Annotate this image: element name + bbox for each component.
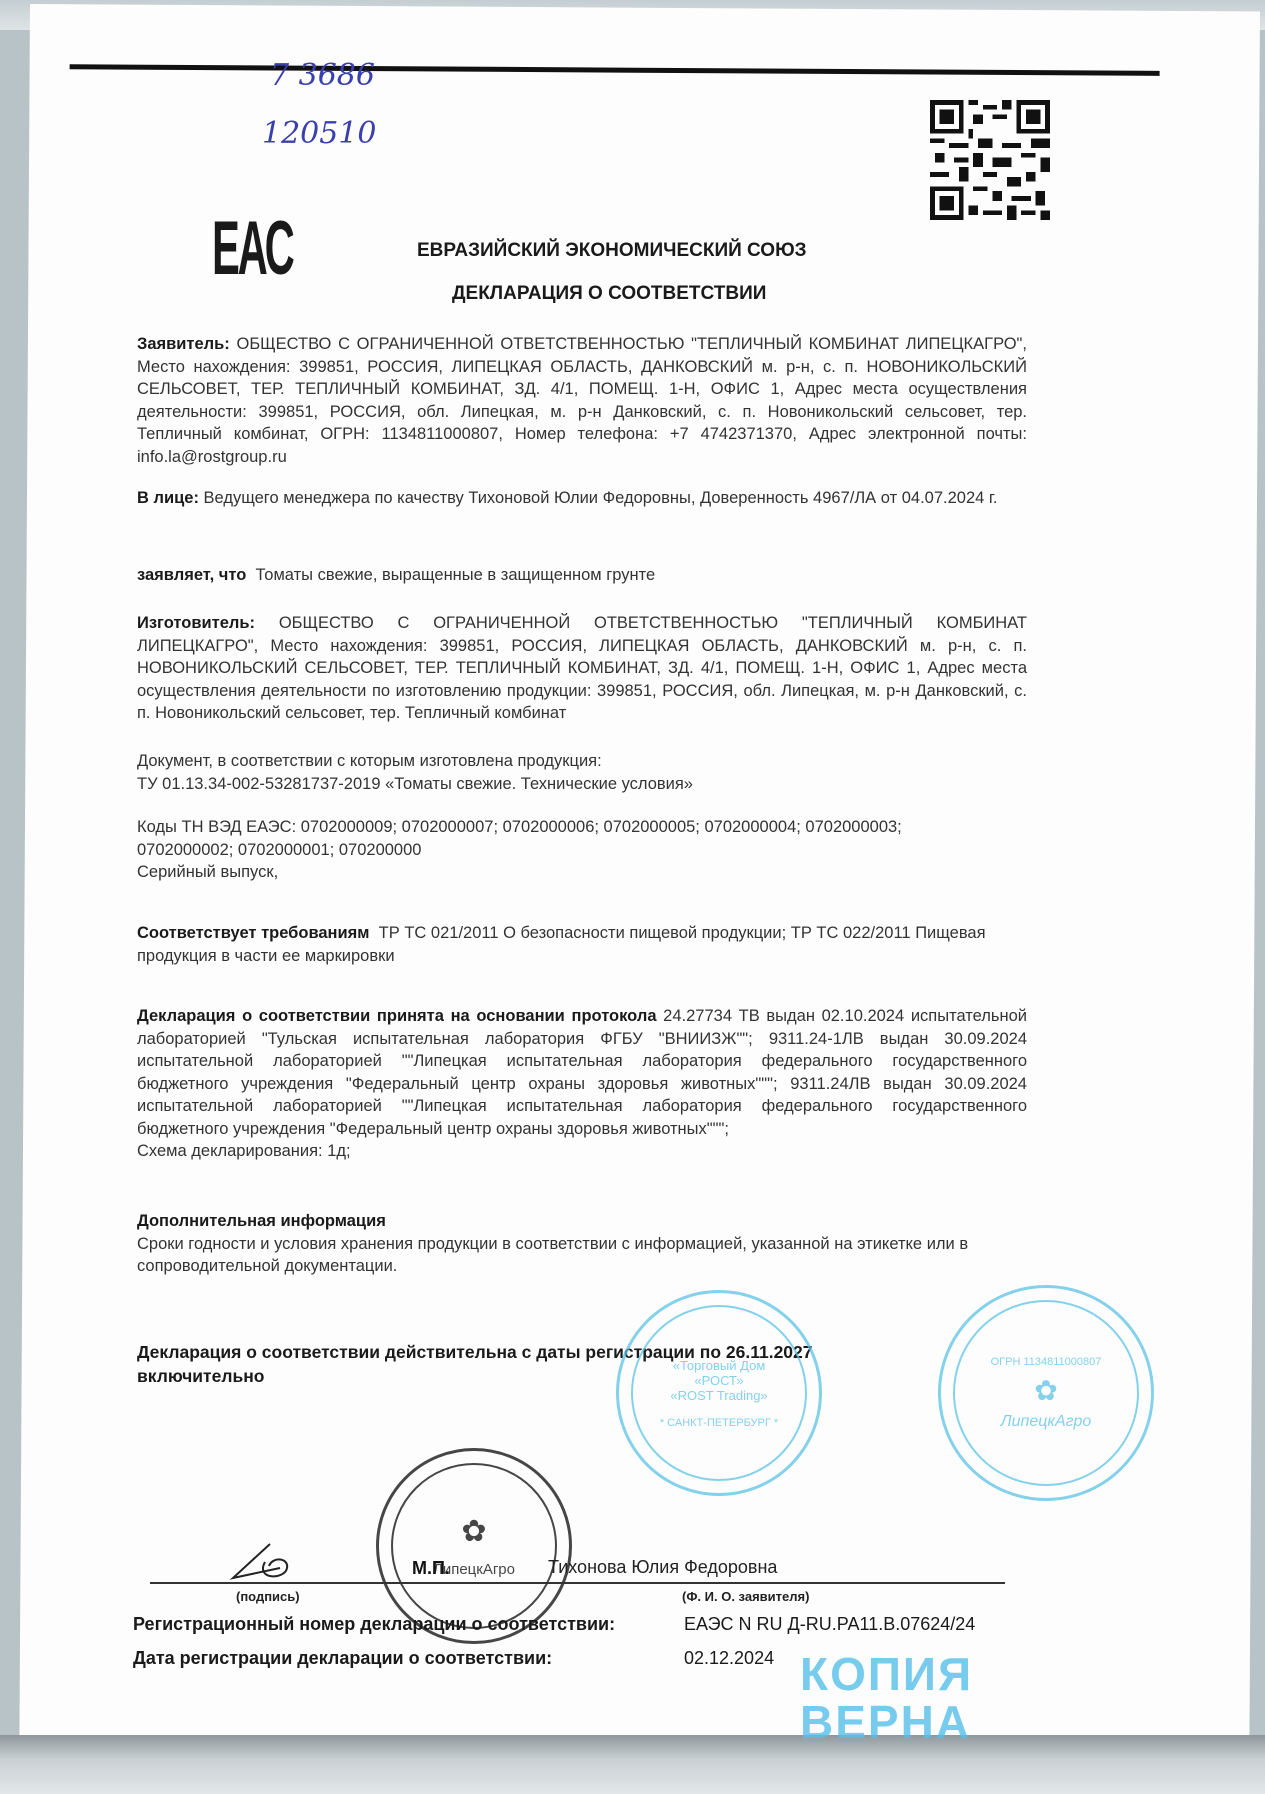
validity-section: Декларация о соответствии действительна …	[137, 1340, 1027, 1388]
applicant-label: Заявитель:	[137, 335, 230, 353]
codes-line2: 0702000002; 0702000001; 070200000	[137, 839, 1027, 862]
lipetskagro-blue-stamp: ОГРН 1134811000807 ✿ ЛипецкАгро	[938, 1285, 1154, 1501]
declaration-title: ДЕКЛАРАЦИЯ О СООТВЕТСТВИИ	[452, 283, 766, 305]
eac-logo: ЕАС	[212, 205, 293, 292]
true-copy-line2: ВЕРНА	[800, 1698, 973, 1746]
codes-line1: Коды ТН ВЭД ЕАЭС: 0702000009; 0702000007…	[137, 816, 1027, 839]
registration-date-label: Дата регистрации декларации о соответств…	[133, 1648, 552, 1669]
production-document-line2: ТУ 01.13.34-002-53281737-2019 «Томаты св…	[137, 773, 1027, 796]
applicant-name: Тихонова Юлия Федоровна	[548, 1557, 777, 1578]
name-caption: (Ф. И. О. заявителя)	[682, 1589, 809, 1604]
declares-section: заявляет, что Томаты свежие, выращенные …	[137, 564, 1027, 587]
codes-section: Коды ТН ВЭД ЕАЭС: 0702000009; 0702000007…	[137, 816, 1027, 884]
signature-line	[150, 1582, 515, 1584]
manufacturer-text: ОБЩЕСТВО С ОГРАНИЧЕННОЙ ОТВЕТСТВЕННОСТЬЮ…	[137, 614, 1027, 722]
qr-code-icon	[930, 100, 1050, 220]
product-name: Томаты свежие, выращенные в защищенном г…	[255, 566, 655, 584]
name-line	[515, 1582, 1005, 1584]
union-title: ЕВРАЗИЙСКИЙ ЭКОНОМИЧЕСКИЙ СОЮЗ	[417, 240, 807, 262]
compliance-label: Соответствует требованиям	[137, 924, 370, 942]
represented-by-label: В лице:	[137, 489, 199, 507]
basis-section: Декларация о соответствии принята на осн…	[137, 1005, 1027, 1163]
top-rule	[70, 64, 1160, 76]
declares-label: заявляет, что	[137, 566, 246, 584]
validity-line1: Декларация о соответствии действительна …	[137, 1340, 1027, 1364]
true-copy-stamp: КОПИЯ ВЕРНА	[800, 1650, 973, 1746]
manufacturer-label: Изготовитель:	[137, 614, 255, 632]
compliance-section: Соответствует требованиям ТР ТС 021/2011…	[137, 922, 1027, 967]
applicant-text: ОБЩЕСТВО С ОГРАНИЧЕННОЙ ОТВЕТСТВЕННОСТЬЮ…	[137, 335, 1027, 466]
scan-shadow	[0, 1735, 1265, 1794]
additional-info-section: Дополнительная информация Сроки годности…	[137, 1210, 1027, 1278]
additional-info-label: Дополнительная информация	[137, 1210, 1027, 1233]
represented-by-section: В лице: Ведущего менеджера по качеству Т…	[137, 487, 1027, 510]
seal-place-label: М.П.	[412, 1558, 450, 1579]
handwritten-number-2: 120510	[262, 116, 377, 151]
registration-number-value: ЕАЭС N RU Д-RU.РА11.В.07624/24	[684, 1614, 975, 1635]
registration-date-value: 02.12.2024	[684, 1648, 774, 1669]
basis-label: Декларация о соответствии принята на осн…	[137, 1007, 657, 1025]
declaration-scheme: Схема декларирования: 1д;	[137, 1140, 1027, 1163]
serial-release: Серийный выпуск,	[137, 861, 1027, 884]
basis-text: 24.27734 ТВ выдан 02.10.2024 испытательн…	[137, 1007, 1027, 1138]
applicant-section: Заявитель: ОБЩЕСТВО С ОГРАНИЧЕННОЙ ОТВЕТ…	[137, 333, 1027, 468]
represented-by-text: Ведущего менеджера по качеству Тихоновой…	[204, 489, 998, 507]
production-document-line1: Документ, в соответствии с которым изгот…	[137, 750, 1027, 773]
true-copy-line1: КОПИЯ	[800, 1650, 973, 1698]
registration-number-label: Регистрационный номер декларации о соотв…	[133, 1614, 615, 1635]
signature-caption: (подпись)	[236, 1589, 300, 1604]
validity-line2: включительно	[137, 1364, 1027, 1388]
production-document-section: Документ, в соответствии с которым изгот…	[137, 750, 1027, 795]
manufacturer-section: Изготовитель: ОБЩЕСТВО С ОГРАНИЧЕННОЙ ОТ…	[137, 612, 1027, 725]
additional-info-text: Сроки годности и условия хранения продук…	[137, 1233, 1027, 1278]
signature-scribble-icon	[225, 1540, 295, 1585]
handwritten-number-1: 7 3686	[270, 58, 375, 93]
rost-trading-stamp: «Торговый Дом «РОСТ» «ROST Trading» * СА…	[616, 1290, 822, 1496]
